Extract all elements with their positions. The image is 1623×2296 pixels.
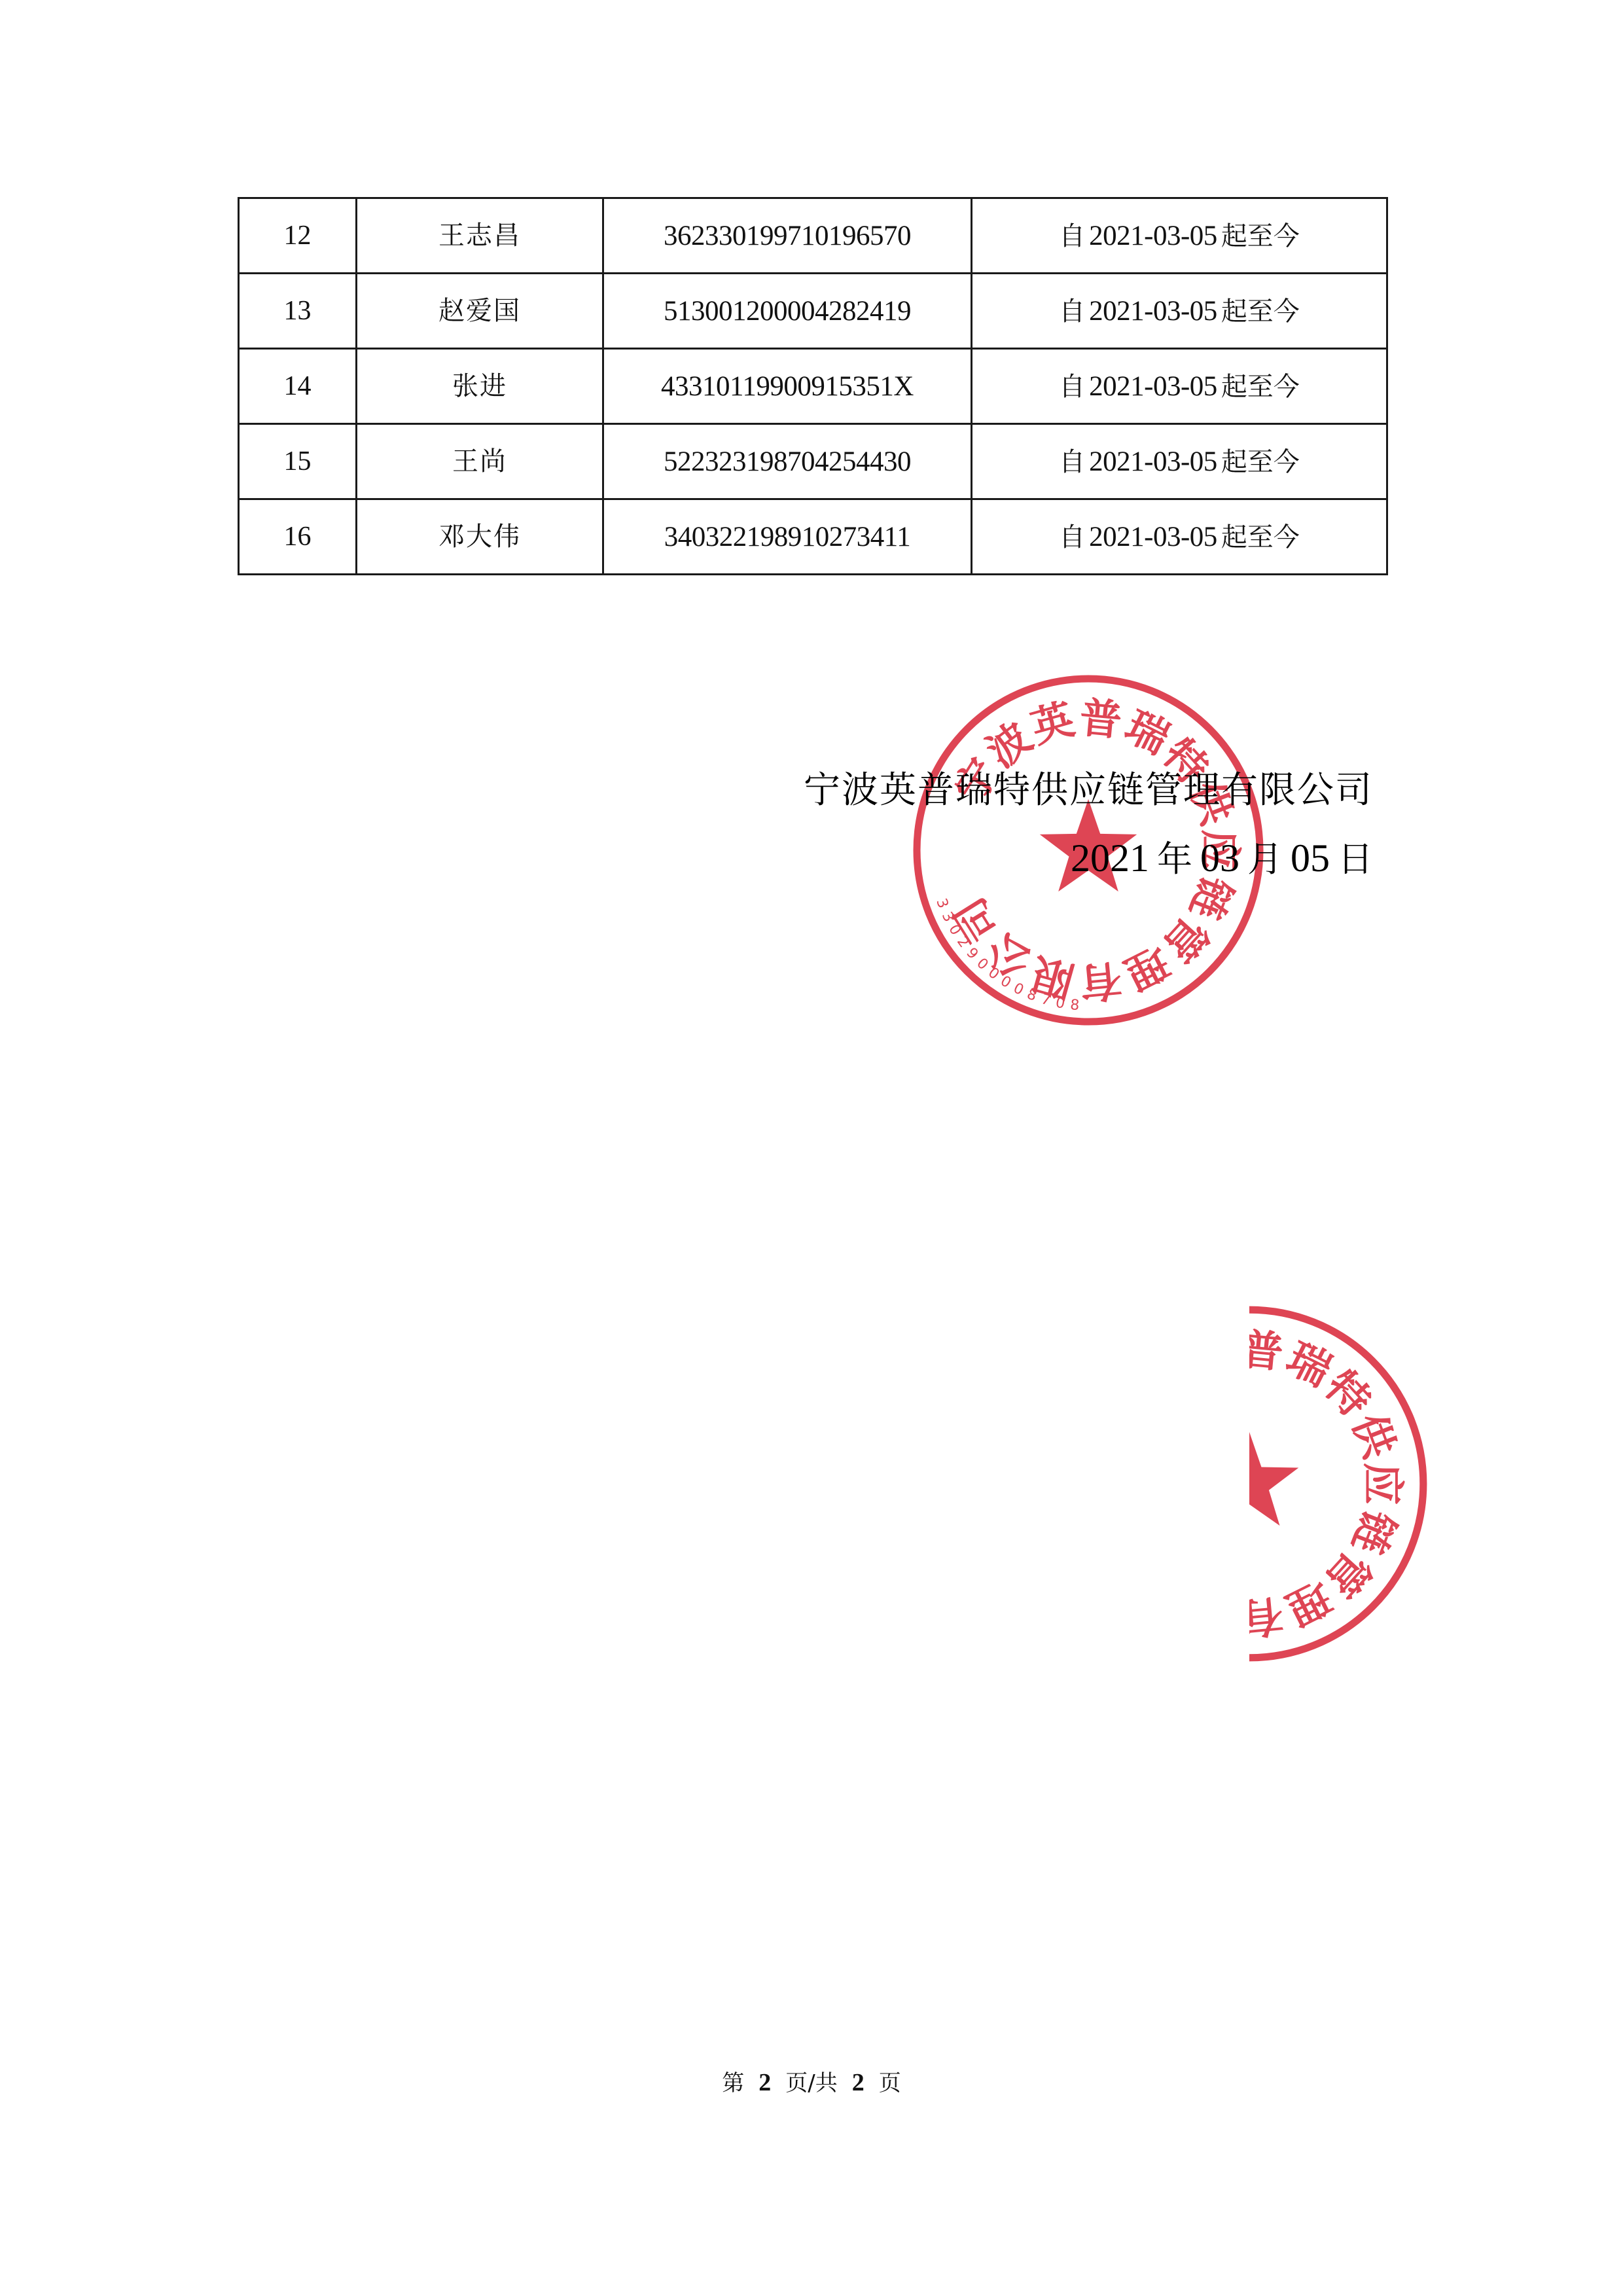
- employment-period: 自2021-03-05起至今: [972, 349, 1387, 424]
- row-index: 14: [239, 349, 357, 424]
- person-name: 赵爱国: [357, 274, 603, 349]
- signature-block: 宁波英普瑞特供应链管理有限公司 2021年03月05日: [804, 772, 1373, 878]
- person-name: 王尚: [357, 424, 603, 499]
- document-page: 12 王志昌 362330199710196570 自2021-03-05起至今…: [0, 0, 1623, 2296]
- table-row: 16 邓大伟 340322198910273411 自2021-03-05起至今: [239, 499, 1387, 575]
- period-prefix: 自: [1059, 447, 1085, 477]
- svg-text:0: 0: [997, 973, 1014, 992]
- personnel-table: 12 王志昌 362330199710196570 自2021-03-05起至今…: [238, 197, 1388, 575]
- period-suffix: 起至今: [1221, 372, 1300, 402]
- employment-period: 自2021-03-05起至今: [972, 198, 1387, 274]
- svg-text:公: 公: [978, 923, 1041, 987]
- period-start-date: 2021-03-05: [1089, 446, 1217, 477]
- date-month: 03: [1200, 836, 1240, 880]
- person-name: 邓大伟: [357, 499, 603, 575]
- employment-period: 自2021-03-05起至今: [972, 424, 1387, 499]
- svg-text:理: 理: [1279, 1571, 1339, 1634]
- personnel-table-body: 12 王志昌 362330199710196570 自2021-03-05起至今…: [239, 198, 1387, 575]
- svg-text:普: 普: [1078, 694, 1124, 746]
- svg-text:管: 管: [1315, 1541, 1380, 1605]
- row-index: 16: [239, 499, 357, 575]
- svg-text:2: 2: [954, 934, 972, 951]
- svg-text:有: 有: [1078, 954, 1124, 1007]
- svg-text:0: 0: [1010, 980, 1026, 999]
- employment-period: 自2021-03-05起至今: [972, 274, 1387, 349]
- row-index: 13: [239, 274, 357, 349]
- period-suffix: 起至今: [1221, 221, 1300, 251]
- date-month-unit: 月: [1247, 838, 1283, 880]
- date-year: 2021: [1071, 836, 1149, 880]
- id-number: 340322198910273411: [603, 499, 972, 575]
- svg-text:9: 9: [963, 945, 981, 963]
- period-start-date: 2021-03-05: [1089, 522, 1217, 552]
- period-suffix: 起至今: [1221, 522, 1300, 552]
- id-number: 362330199710196570: [603, 198, 972, 274]
- person-name: 张进: [357, 349, 603, 424]
- svg-text:应: 应: [1357, 1463, 1406, 1505]
- table-row: 12 王志昌 362330199710196570 自2021-03-05起至今: [239, 198, 1387, 274]
- period-prefix: 自: [1059, 221, 1085, 251]
- footer-suffix: 页: [879, 2070, 901, 2096]
- svg-text:链: 链: [1343, 1503, 1404, 1560]
- period-suffix: 起至今: [1221, 296, 1300, 327]
- row-index: 12: [239, 198, 357, 274]
- id-number: 43310119900915351X: [603, 349, 972, 424]
- svg-text:瑞: 瑞: [1279, 1333, 1339, 1396]
- table-row: 14 张进 43310119900915351X 自2021-03-05起至今: [239, 349, 1387, 424]
- svg-text:7: 7: [1039, 991, 1052, 1009]
- svg-text:有: 有: [1249, 1590, 1285, 1643]
- period-prefix: 自: [1059, 522, 1085, 552]
- svg-text:管: 管: [1153, 906, 1217, 970]
- svg-text:特: 特: [1315, 1362, 1380, 1427]
- svg-text:0: 0: [985, 965, 1002, 983]
- svg-text:3: 3: [933, 897, 951, 911]
- footer-prefix: 第: [722, 2070, 744, 2096]
- period-start-date: 2021-03-05: [1089, 296, 1217, 327]
- svg-text:8: 8: [1025, 986, 1039, 1005]
- period-prefix: 自: [1059, 296, 1085, 327]
- row-index: 15: [239, 424, 357, 499]
- period-start-date: 2021-03-05: [1089, 221, 1217, 251]
- total-page-count: 2: [852, 2069, 865, 2096]
- svg-text:0: 0: [973, 955, 991, 973]
- id-number: 513001200004282419: [603, 274, 972, 349]
- date-day: 05: [1291, 836, 1330, 880]
- id-number: 522323198704254430: [603, 424, 972, 499]
- cross-page-seal: 宁波英普瑞特供应链管理有限公司3302900008708: [1249, 1303, 1430, 1664]
- table-row: 13 赵爱国 513001200004282419 自2021-03-05起至今: [239, 274, 1387, 349]
- page-footer: 第2页/共2页: [0, 2070, 1623, 2095]
- svg-text:3: 3: [938, 909, 957, 924]
- period-suffix: 起至今: [1221, 447, 1300, 477]
- company-name: 宁波英普瑞特供应链管理有限公司: [804, 772, 1373, 809]
- current-page-number: 2: [758, 2069, 771, 2096]
- table-row: 15 王尚 522323198704254430 自2021-03-05起至今: [239, 424, 1387, 499]
- date-day-unit: 日: [1338, 838, 1373, 880]
- svg-text:限: 限: [1026, 947, 1080, 1005]
- svg-text:供: 供: [1343, 1407, 1404, 1465]
- svg-text:英: 英: [1026, 695, 1080, 753]
- svg-text:司: 司: [946, 889, 1009, 950]
- date-year-unit: 年: [1157, 838, 1192, 880]
- person-name: 王志昌: [357, 198, 603, 274]
- footer-middle: 页/共: [785, 2070, 837, 2096]
- period-prefix: 自: [1059, 372, 1085, 402]
- seal-stamp-icon: 宁波英普瑞特供应链管理有限公司3302900008708: [1249, 1303, 1430, 1664]
- svg-text:8: 8: [1069, 997, 1080, 1014]
- svg-text:0: 0: [945, 922, 964, 939]
- svg-text:0: 0: [1054, 995, 1066, 1013]
- signature-date: 2021年03月05日: [804, 838, 1373, 878]
- period-start-date: 2021-03-05: [1089, 371, 1217, 402]
- svg-text:波: 波: [978, 713, 1041, 778]
- svg-text:普: 普: [1249, 1325, 1285, 1378]
- employment-period: 自2021-03-05起至今: [972, 499, 1387, 575]
- svg-text:瑞: 瑞: [1117, 702, 1176, 764]
- svg-text:理: 理: [1117, 936, 1176, 998]
